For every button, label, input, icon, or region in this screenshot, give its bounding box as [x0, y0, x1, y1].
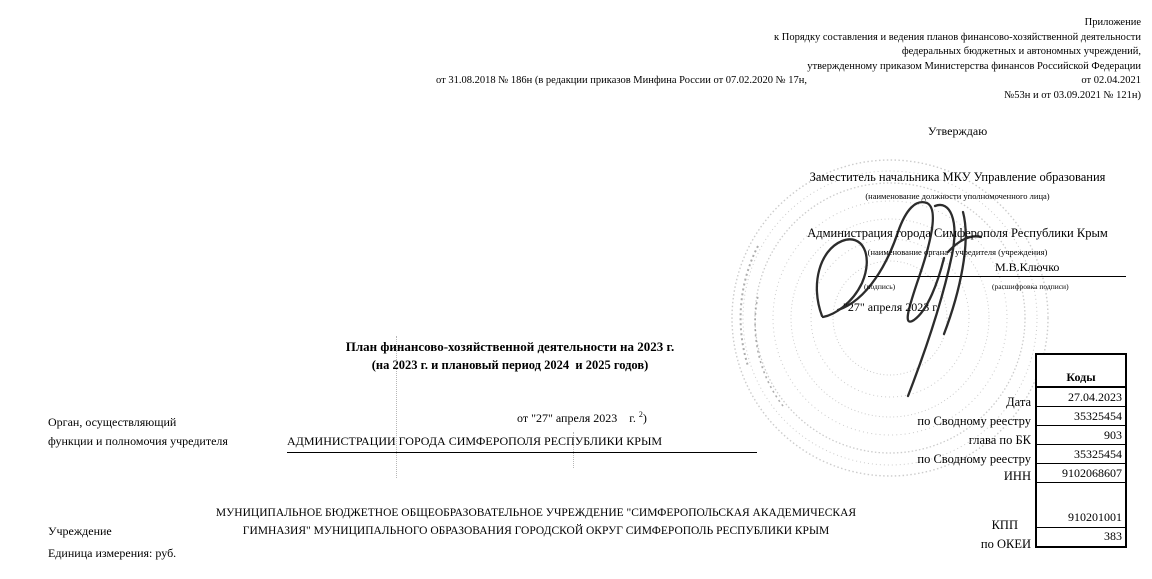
code-value-bk-chapter: 903	[1037, 426, 1125, 445]
organ-label-line2: функции и полномочия учредителя	[48, 434, 228, 449]
founder-organ-caption: (наименование органа - учредителя (учреж…	[770, 247, 1145, 257]
code-value-date: 27.04.2023	[1037, 388, 1125, 407]
institution-name-line2: ГИМНАЗИЯ" МУНИЦИПАЛЬНОГО ОБРАЗОВАНИЯ ГОР…	[176, 522, 896, 540]
institution-label: Учреждение	[48, 524, 112, 539]
annex-note: Приложение к Порядку составления и веден…	[436, 16, 1141, 104]
doc-title-line1: План финансово-хозяйственной деятельност…	[280, 339, 740, 355]
approver-position: Заместитель начальника МКУ Управление об…	[770, 170, 1145, 185]
institution-name: МУНИЦИПАЛЬНОЕ БЮДЖЕТНОЕ ОБЩЕОБРАЗОВАТЕЛЬ…	[176, 504, 896, 540]
approver-position-caption: (наименование должности уполномоченного …	[770, 191, 1145, 201]
code-label-kpp: КПП	[992, 518, 1018, 533]
annex-line-5-left: от 31.08.2018 № 186н (в редакции приказо…	[436, 74, 807, 89]
annex-line-3: федеральных бюджетных и автономных учреж…	[436, 45, 1141, 60]
annex-line-5-right: от 02.04.2021	[1081, 74, 1141, 89]
round-stamp	[728, 156, 1052, 480]
code-value-registry2: 35325454	[1037, 445, 1125, 464]
annex-line-1: Приложение	[436, 16, 1141, 31]
fold-mark	[396, 336, 397, 478]
signer-name: М.В.Ключко	[995, 260, 1059, 275]
signature-caption: (подпись)	[864, 282, 895, 291]
annex-line-4: утвержденному приказом Министерства фина…	[436, 60, 1141, 75]
doc-date-footnote-close: )	[643, 411, 647, 425]
doc-date-text: от "27" апреля 2023 г.	[517, 411, 639, 425]
institution-name-line1: МУНИЦИПАЛЬНОЕ БЮДЖЕТНОЕ ОБЩЕОБРАЗОВАТЕЛЬ…	[176, 504, 896, 522]
code-value-okei: 383	[1037, 528, 1125, 546]
code-label-registry1: по Сводному реестру	[917, 414, 1031, 429]
code-label-registry2: по Сводному реестру	[917, 452, 1031, 467]
organ-label-line1: Орган, осуществляющий	[48, 415, 176, 430]
founder-organ-name: Администрация города Симферополя Республ…	[770, 226, 1145, 241]
signer-name-caption: (расшифровка подписи)	[992, 282, 1069, 291]
codes-table-header: Коды	[1037, 355, 1125, 388]
code-value-inn: 9102068607	[1037, 464, 1125, 483]
code-label-bk-chapter: глава по БК	[969, 433, 1031, 448]
code-label-inn: ИНН	[1004, 469, 1031, 484]
doc-title-line2: (на 2023 г. и плановый период 2024 и 202…	[280, 358, 740, 373]
approval-date: "27" апреля 2023 г.	[843, 300, 939, 315]
code-value-kpp: 910201001	[1037, 483, 1125, 528]
document-page: Приложение к Порядку составления и веден…	[0, 0, 1152, 579]
annex-line-6: №53н и от 03.09.2021 № 121н)	[436, 89, 1141, 104]
codes-table: Коды 27.04.2023 35325454 903 35325454 91…	[1035, 353, 1127, 548]
unit-of-measure-label: Единица измерения: руб.	[48, 546, 176, 561]
organ-value-underlined: АДМИНИСТРАЦИИ ГОРОДА СИМФЕРОПОЛЯ РЕСПУБЛ…	[287, 434, 757, 453]
code-value-registry1: 35325454	[1037, 407, 1125, 426]
code-label-okei: по ОКЕИ	[981, 537, 1031, 552]
approve-label: Утверждаю	[770, 124, 1145, 139]
annex-line-2: к Порядку составления и ведения планов ф…	[436, 31, 1141, 46]
code-label-date: Дата	[1006, 395, 1031, 410]
annex-line-5: от 31.08.2018 № 186н (в редакции приказо…	[436, 74, 1141, 89]
signature-line	[868, 276, 1126, 277]
